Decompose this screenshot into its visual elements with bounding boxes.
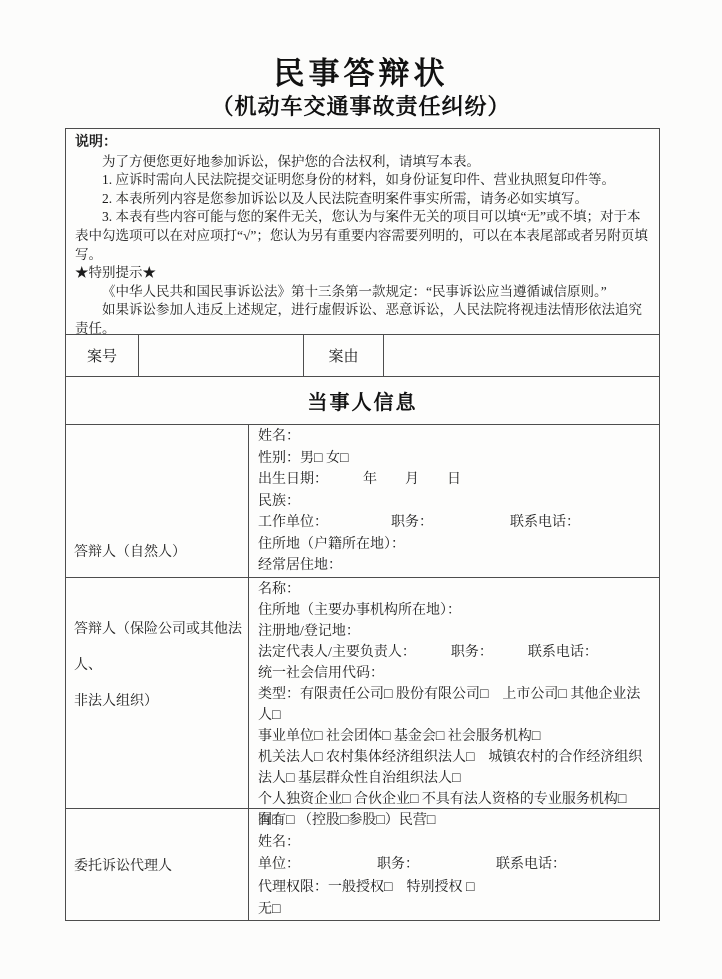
case-number-value-field <box>138 335 303 376</box>
instruction-paragraph: 3. 本表有些内容可能与您的案件无关，您认为与案件无关的项目可以填“无”或不填；… <box>75 208 651 264</box>
row-label: 委托诉讼代理人 <box>66 809 248 920</box>
instruction-paragraph: 为了方便您更好地参加诉讼，保护您的合法权利，请填写本表。 <box>75 153 651 172</box>
form-line-org-type-partnership: 个人独资企业□ 合伙企业□ 不具有法人资格的专业服务机构□ <box>258 789 653 810</box>
form-line-org-name: 名称： <box>258 579 653 600</box>
instruction-paragraph: 如果诉讼参加人违反上述规定，进行虚假诉讼、恶意诉讼，人民法院将视违法情形依法追究… <box>75 301 651 338</box>
row-content: 姓名： 性别：男□ 女□ 出生日期： 年 月 日 民族： 工作单位： 职务： 联… <box>248 425 659 577</box>
instructions-heading: 说明： <box>75 134 651 153</box>
instruction-paragraph: 2. 本表所列内容是您参加诉讼以及人民法院查明案件事实所需，请务必如实填写。 <box>75 190 651 209</box>
page-subtitle: （机动车交通事故责任纠纷） <box>0 90 722 121</box>
form-line-gender: 性别：男□ 女□ <box>258 448 653 470</box>
form-line-credit-code: 统一社会信用代码： <box>258 663 653 684</box>
row-label: 答辩人（自然人） <box>66 425 248 577</box>
row-respondent-legal-person: 答辩人（保险公司或其他法人、 非法人组织） 名称： 住所地（主要办事机构所在地）… <box>66 577 659 808</box>
form-line-agent-employer: 单位： 职务： 联系电话： <box>258 854 653 876</box>
row-content: 有□ 姓名： 单位： 职务： 联系电话： 代理权限：一般授权□ 特别授权 □ 无… <box>248 809 659 920</box>
form-line-agent-yes: 有□ <box>258 810 653 832</box>
document-page: 民事答辩状 （机动车交通事故责任纠纷） 说明： 为了方便您更好地参加诉讼，保护您… <box>0 0 722 979</box>
row-respondent-natural-person: 答辩人（自然人） 姓名： 性别：男□ 女□ 出生日期： 年 月 日 民族： 工作… <box>66 424 659 577</box>
form-line-agent-name: 姓名： <box>258 832 653 854</box>
cause-value-field <box>383 335 659 376</box>
answer-form-table: 说明： 为了方便您更好地参加诉讼，保护您的合法权利，请填写本表。 1. 应诉时需… <box>65 128 660 921</box>
instruction-paragraph: 《中华人民共和国民事诉讼法》第十三条第一款规定：“民事诉讼应当遵循诚信原则。” <box>75 283 651 302</box>
row-label: 答辩人（保险公司或其他法人、 非法人组织） <box>66 578 248 808</box>
form-line-registration-place: 注册地/登记地： <box>258 621 653 642</box>
row-litigation-agent: 委托诉讼代理人 有□ 姓名： 单位： 职务： 联系电话： 代理权限：一般授权□ … <box>66 808 659 920</box>
form-line-org-address: 住所地（主要办事机构所在地）： <box>258 600 653 621</box>
form-line-residence: 住所地（户籍所在地）： <box>258 534 653 556</box>
instruction-paragraph: 1. 应诉时需向人民法院提交证明您身份的材料，如身份证复印件、营业执照复印件等。 <box>75 171 651 190</box>
form-line-org-type-institution: 事业单位□ 社会团体□ 基金会□ 社会服务机构□ <box>258 726 653 747</box>
form-line-ethnicity: 民族： <box>258 491 653 513</box>
form-line-birthdate: 出生日期： 年 月 日 <box>258 469 653 491</box>
form-line-agent-authority: 代理权限：一般授权□ 特别授权 □ <box>258 877 653 899</box>
page-title: 民事答辩状 <box>0 48 722 93</box>
party-info-header: 当事人信息 <box>66 376 659 424</box>
row-content: 名称： 住所地（主要办事机构所在地）： 注册地/登记地： 法定代表人/主要负责人… <box>248 578 659 808</box>
form-line-legal-representative: 法定代表人/主要负责人： 职务： 联系电话： <box>258 642 653 663</box>
form-line-habitual-residence: 经常居住地： <box>258 555 653 577</box>
case-number-label: 案号 <box>66 335 138 376</box>
form-line-name: 姓名： <box>258 426 653 448</box>
form-line-employer: 工作单位： 职务： 联系电话： <box>258 512 653 534</box>
cause-label: 案由 <box>303 335 383 376</box>
instructions-box: 说明： 为了方便您更好地参加诉讼，保护您的合法权利，请填写本表。 1. 应诉时需… <box>66 129 659 334</box>
case-info-row: 案号 案由 <box>66 334 659 376</box>
form-line-org-type-collective: 机关法人□ 农村集体经济组织法人□ 城镇农村的合作经济组织法人□ 基层群众性自治… <box>258 747 653 789</box>
form-line-agent-none: 无□ <box>258 899 653 921</box>
special-notice-heading: ★特别提示★ <box>75 264 651 283</box>
form-line-org-type-company: 类型：有限责任公司□ 股份有限公司□ 上市公司□ 其他企业法人□ <box>258 684 653 726</box>
